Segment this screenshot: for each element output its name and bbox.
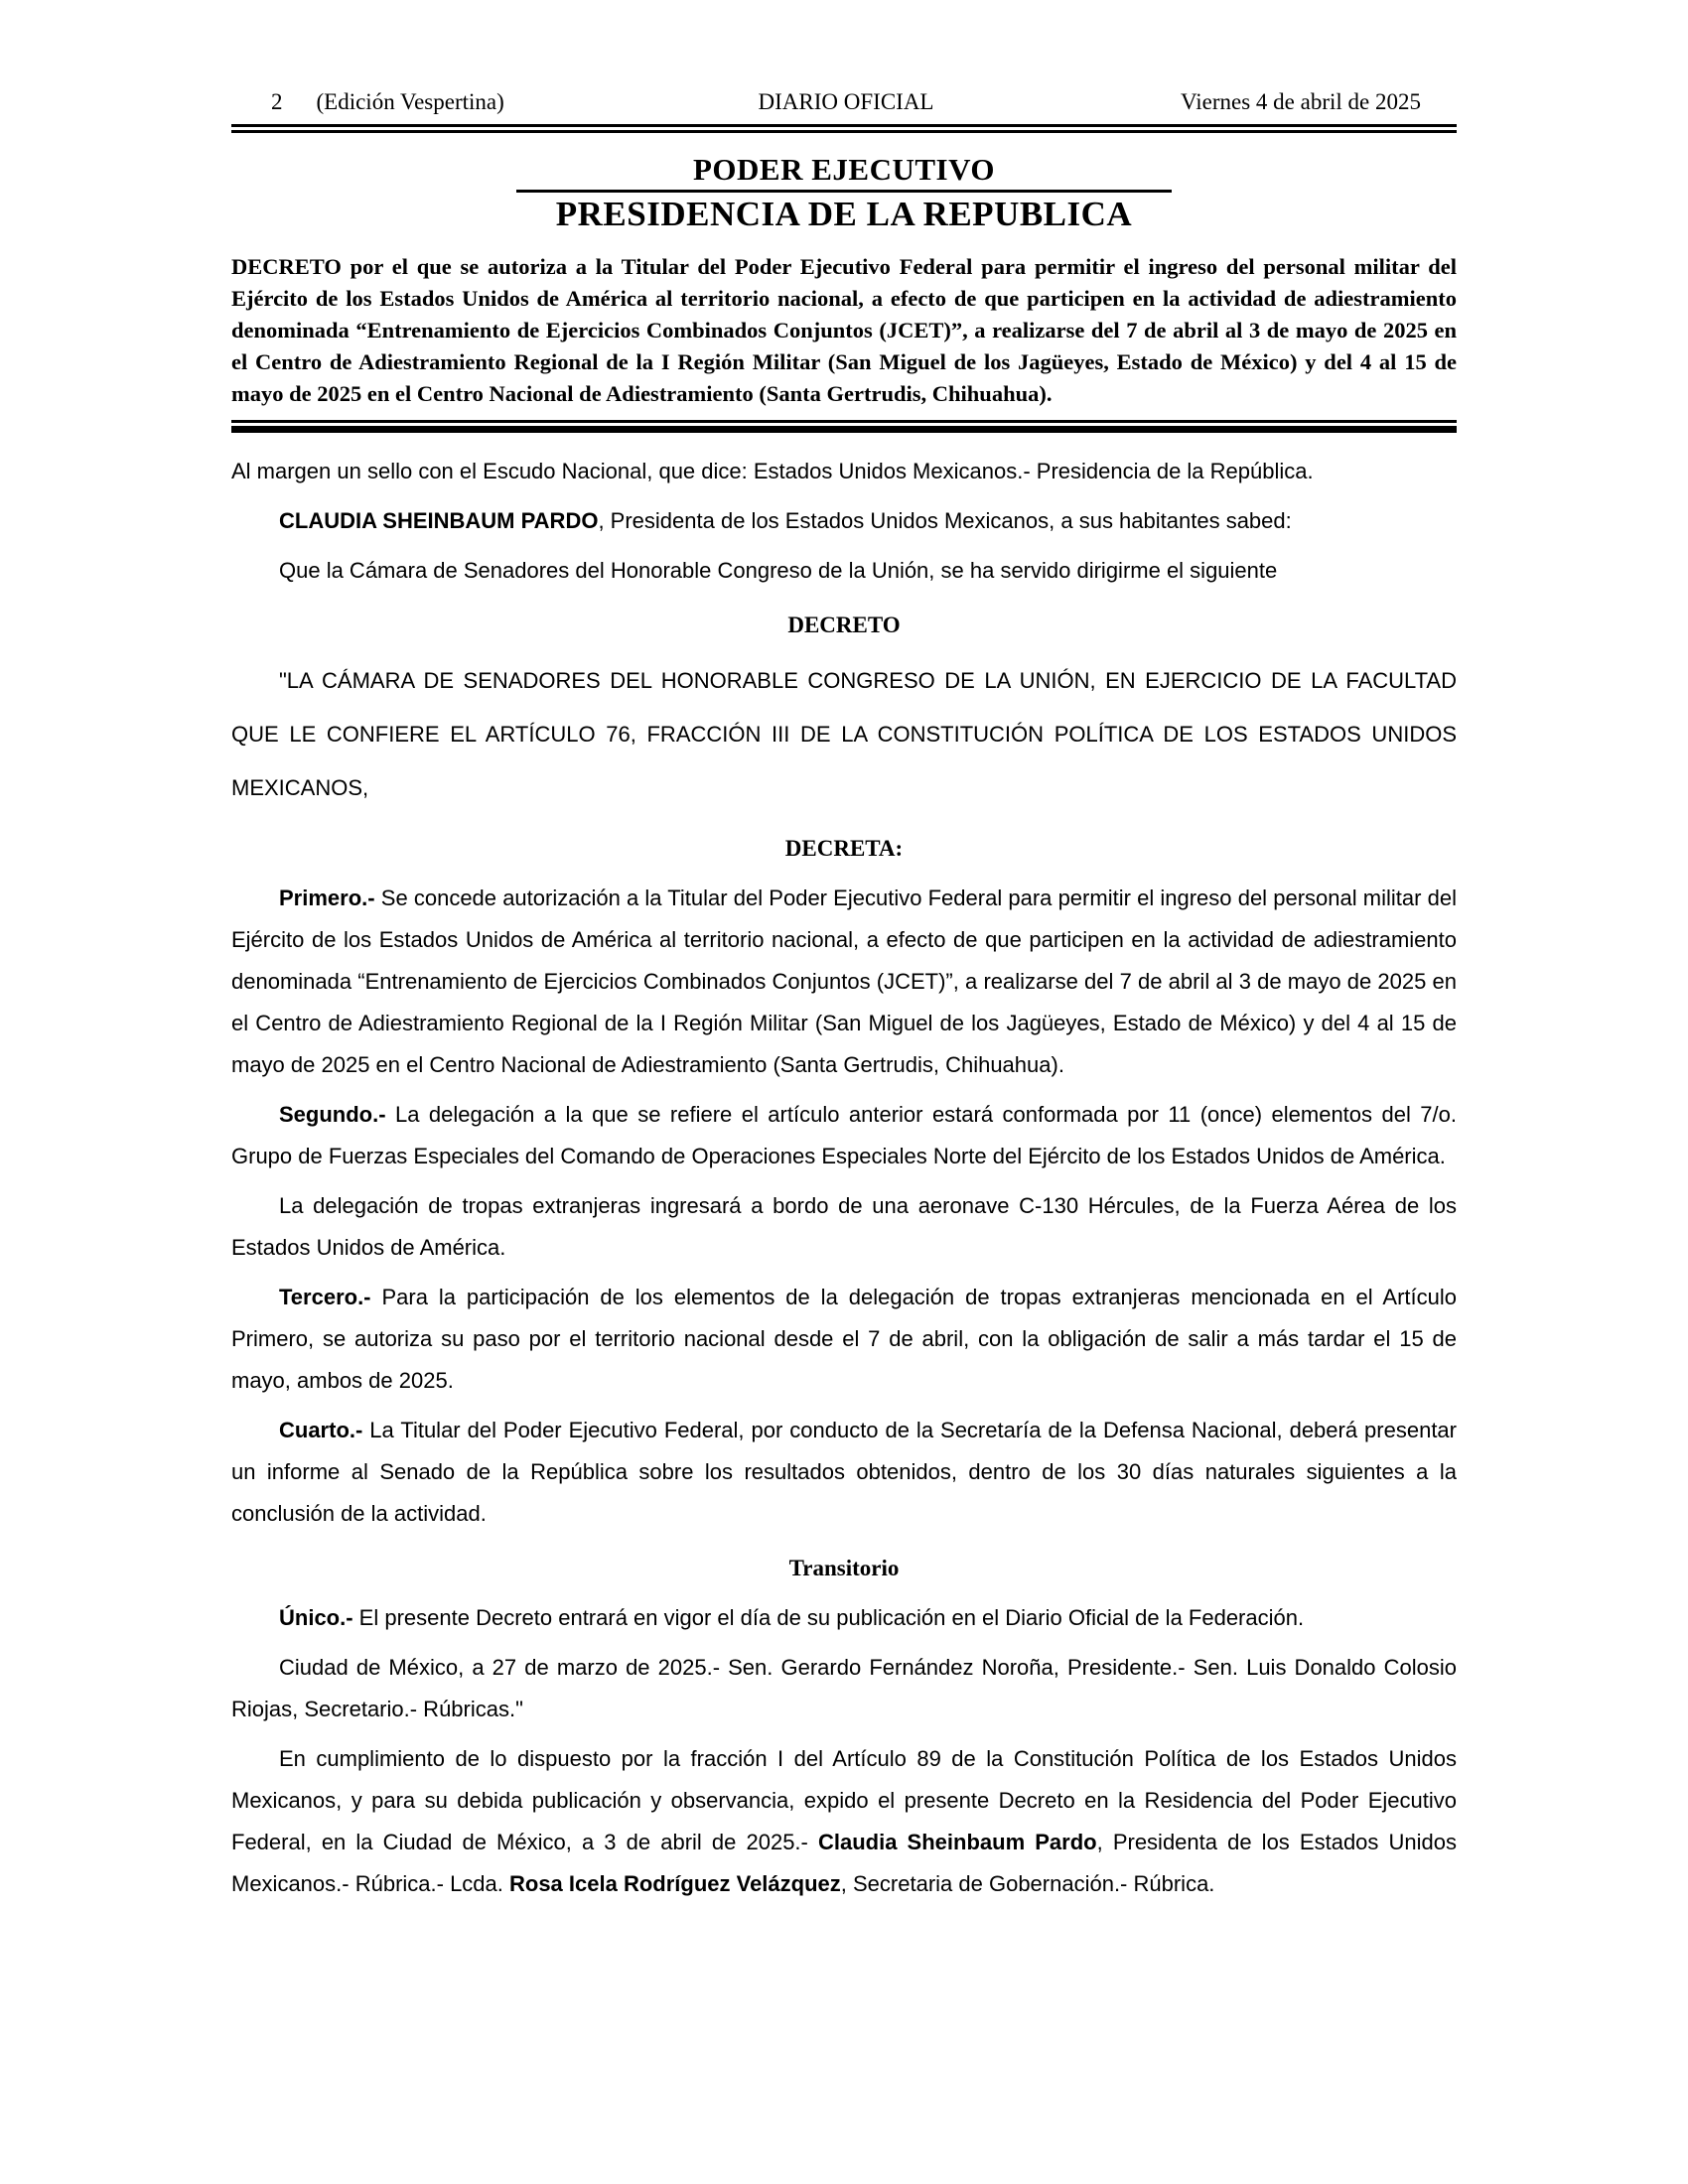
emphasized-text: Tercero.-	[279, 1285, 371, 1309]
emphasized-text: Segundo.-	[279, 1102, 386, 1127]
summary-divider-bar	[231, 426, 1457, 433]
section-heading: DECRETO	[231, 605, 1457, 646]
header-date: Viernes 4 de abril de 2025	[933, 89, 1421, 115]
body-paragraph: Ciudad de México, a 27 de marzo de 2025.…	[231, 1647, 1457, 1730]
agency-title: PRESIDENCIA DE LA REPUBLICA	[231, 195, 1457, 234]
text-run: Al margen un sello con el Escudo Naciona…	[231, 459, 1314, 483]
text-run: Se concede autorización a la Titular del…	[231, 886, 1457, 1077]
section-title: PODER EJECUTIVO	[231, 153, 1457, 187]
text-run: Que la Cámara de Senadores del Honorable…	[279, 558, 1277, 583]
emphasized-text: DECRETO	[787, 613, 900, 637]
body-paragraph: CLAUDIA SHEINBAUM PARDO, Presidenta de l…	[231, 500, 1457, 542]
emphasized-text: Único.-	[279, 1605, 353, 1630]
page-number: 2	[271, 89, 283, 115]
body-paragraph: La delegación de tropas extranjeras ingr…	[231, 1185, 1457, 1269]
emphasized-text: DECRETA:	[785, 836, 903, 861]
emphasized-text: Rosa Icela Rodríguez Velázquez	[509, 1871, 841, 1896]
emphasized-text: Cuarto.-	[279, 1418, 362, 1442]
section-heading: DECRETA:	[231, 828, 1457, 870]
body-paragraph: Que la Cámara de Senadores del Honorable…	[231, 550, 1457, 592]
emphasized-text: Primero.-	[279, 886, 375, 910]
decree-body: Al margen un sello con el Escudo Naciona…	[231, 451, 1457, 1905]
text-run: , Presidenta de los Estados Unidos Mexic…	[598, 508, 1291, 533]
body-paragraph: Único.- El presente Decreto entrará en v…	[231, 1597, 1457, 1639]
header-left: 2 (Edición Vespertina)	[271, 89, 759, 115]
text-run: , Secretaria de Gobernación.- Rúbrica.	[841, 1871, 1215, 1896]
body-paragraph: Primero.- Se concede autorización a la T…	[231, 878, 1457, 1086]
masthead: PODER EJECUTIVO PRESIDENCIA DE LA REPUBL…	[231, 153, 1457, 234]
text-run: Para la participación de los elementos d…	[231, 1285, 1457, 1393]
text-run: La delegación de tropas extranjeras ingr…	[231, 1193, 1457, 1260]
header-divider	[231, 124, 1457, 133]
body-paragraph: Segundo.- La delegación a la que se refi…	[231, 1094, 1457, 1177]
running-header: 2 (Edición Vespertina) DIARIO OFICIAL Vi…	[231, 89, 1457, 115]
emphasized-text: Claudia Sheinbaum Pardo	[818, 1830, 1097, 1854]
publication-title: DIARIO OFICIAL	[759, 89, 934, 115]
summary-divider	[231, 420, 1457, 433]
text-run: La Titular del Poder Ejecutivo Federal, …	[231, 1418, 1457, 1526]
emphasized-text: CLAUDIA SHEINBAUM PARDO	[279, 508, 598, 533]
edition-label: (Edición Vespertina)	[317, 89, 504, 115]
emphasized-text: Transitorio	[789, 1556, 900, 1580]
document-page: 2 (Edición Vespertina) DIARIO OFICIAL Vi…	[0, 0, 1688, 2184]
text-run: "LA CÁMARA DE SENADORES DEL HONORABLE CO…	[231, 668, 1457, 800]
text-run: El presente Decreto entrará en vigor el …	[353, 1605, 1305, 1630]
decree-summary: DECRETO por el que se autoriza a la Titu…	[231, 251, 1457, 410]
section-heading: Transitorio	[231, 1548, 1457, 1589]
body-paragraph: Al margen un sello con el Escudo Naciona…	[231, 451, 1457, 492]
body-paragraph: Cuarto.- La Titular del Poder Ejecutivo …	[231, 1410, 1457, 1535]
body-paragraph: En cumplimiento de lo dispuesto por la f…	[231, 1738, 1457, 1905]
text-run: La delegación a la que se refiere el art…	[231, 1102, 1457, 1168]
body-paragraph: "LA CÁMARA DE SENADORES DEL HONORABLE CO…	[231, 654, 1457, 815]
body-paragraph: Tercero.- Para la participación de los e…	[231, 1277, 1457, 1402]
masthead-divider	[516, 190, 1172, 193]
text-run: Ciudad de México, a 27 de marzo de 2025.…	[231, 1655, 1457, 1721]
